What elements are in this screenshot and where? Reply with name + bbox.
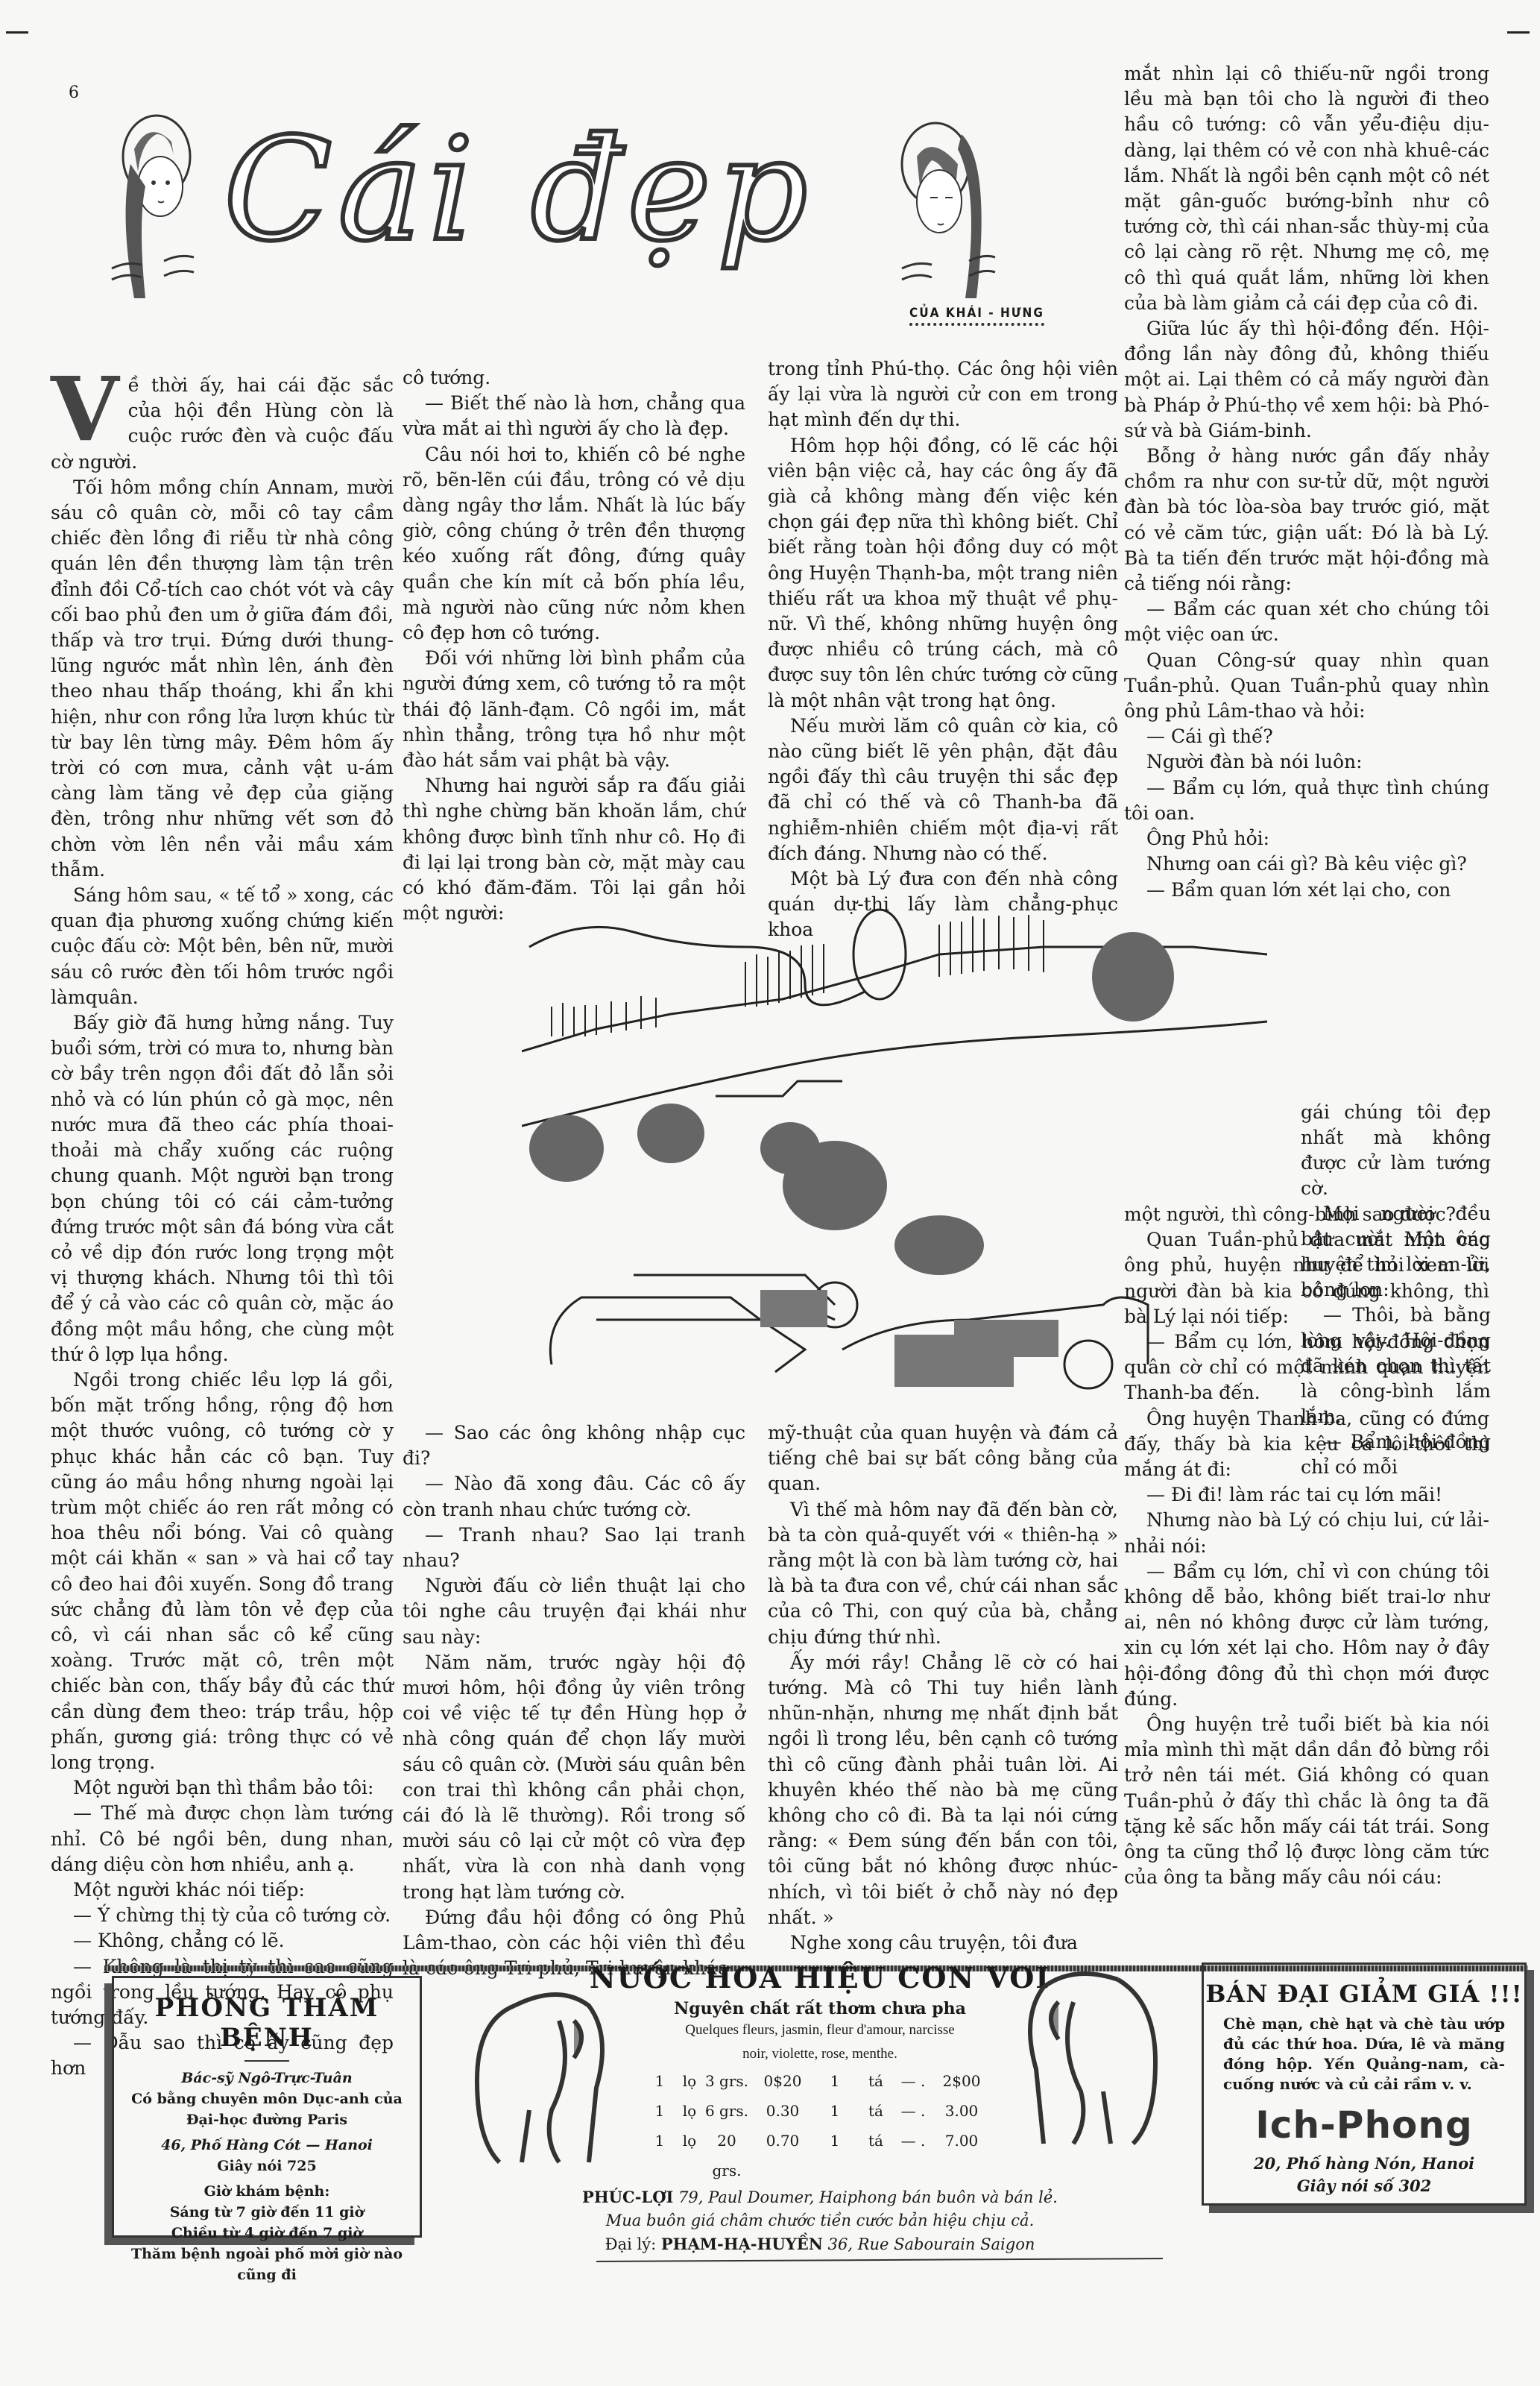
elephant-icon	[1014, 1957, 1163, 2151]
article-column-4-bottom: một người, thì công-bình sao được? Quan …	[1124, 1202, 1489, 1890]
dialogue: — Bẩm cụ lớn, hôm hội-đồng chọn quân cờ …	[1124, 1329, 1489, 1406]
price-cell: 1	[816, 2126, 853, 2185]
price-cell: 2$00	[928, 2066, 995, 2096]
perfume-seller: PHÚC-LỢI 79, Paul Doumer, Haiphong bán b…	[477, 2185, 1163, 2209]
paragraph: Câu nói hơi to, khiến cô bé nghe rõ, bẽn…	[403, 442, 745, 646]
paragraph: một người, thì công-bình sao được?	[1124, 1202, 1489, 1227]
clinic-hours-title: Giờ khám bệnh:	[114, 2181, 420, 2202]
clinic-advertisement: PHÒNG THĂM BỆNH Bác-sỹ Ngô-Trực-Tuân Có …	[112, 1976, 422, 2238]
price-cell: 0.30	[749, 2096, 816, 2126]
price-cell: 1	[816, 2096, 853, 2126]
paragraph: Quan Công-sứ quay nhìn quan Tuần-phủ. Qu…	[1124, 648, 1489, 725]
paragraph: mỹ-thuật của quan huyện và đám cả tiếng …	[768, 1420, 1118, 1497]
paragraph: Vì thế mà hôm nay đã đến bàn cờ, bà ta c…	[768, 1497, 1118, 1650]
bottom-rule	[596, 2258, 1163, 2262]
paragraph: Sáng hôm sau, « tế tổ » xong, các quan đ…	[51, 883, 394, 1010]
sale-ad-title: BÁN ĐẠI GIẢM GIÁ !!!	[1204, 1980, 1524, 2008]
paragraph: Một người bạn thì thầm bảo tôi:	[51, 1775, 394, 1801]
clinic-phone: Giây nói 725	[114, 2156, 420, 2176]
dialogue: — Bẩm cụ lớn, chỉ vì con chúng tôi không…	[1124, 1559, 1489, 1712]
price-cell: 1	[645, 2126, 675, 2185]
page-number: 6	[69, 84, 79, 102]
clinic-hours-morning: Sáng từ 7 giờ đến 11 giờ	[114, 2202, 420, 2223]
agent-label: Đại lý:	[605, 2235, 657, 2253]
price-cell: 1	[816, 2066, 853, 2096]
author-byline: CỦA KHÁI - HƯNG	[909, 306, 1044, 326]
price-cell: tá	[853, 2096, 898, 2126]
woman-face-right-illustration	[887, 119, 999, 313]
clinic-ad-separator	[244, 2060, 289, 2062]
paragraph: Nhưng nào bà Lý có chịu lui, cứ lải-nhải…	[1124, 1508, 1489, 1558]
perfume-wholesale-note: Mua buôn giá châm chước tiền cước bản hi…	[477, 2209, 1163, 2232]
paragraph: trong tỉnh Phú-thọ. Các ông hội viên ấy …	[768, 356, 1118, 433]
sale-advertisement: BÁN ĐẠI GIẢM GIÁ !!! Chè mạn, chè hạt và…	[1202, 1962, 1527, 2206]
seller-address: 79, Paul Doumer, Haiphong bán buôn và bá…	[678, 2188, 1058, 2206]
price-cell: — .	[898, 2066, 928, 2096]
article-column-3-bottom: mỹ-thuật của quan huyện và đám cả tiếng …	[768, 1420, 1118, 1956]
dialogue: — Tranh nhau? Sao lại tranh nhau?	[403, 1523, 745, 1573]
seller-name: PHÚC-LỢI	[582, 2188, 673, 2206]
price-cell: lọ	[675, 2096, 704, 2126]
article-column-2-bottom: — Sao các ông không nhập cục đi? — Nào đ…	[403, 1420, 745, 1981]
price-cell: 0$20	[749, 2066, 816, 2096]
paragraph: Người đấu cờ liền thuật lại cho tôi nghe…	[403, 1573, 745, 1650]
price-cell: — .	[898, 2096, 928, 2126]
sale-ad-address: 20, Phố hàng Nón, Hanoi	[1204, 2153, 1524, 2175]
paragraph: Hôm họp hội đồng, có lẽ các hội viên bận…	[768, 433, 1118, 714]
paragraph: Bỗng ở hàng nước gần đấy nhảy chồm ra nh…	[1124, 444, 1489, 596]
sale-ad-brand: Ich-Phong	[1204, 2103, 1524, 2147]
price-cell: 20 grs.	[704, 2126, 749, 2185]
paragraph: Đối với những lời bình phẩm của người đứ…	[403, 646, 745, 773]
paragraph: Ông huyện trẻ tuổi biết bà kia nói mỉa m…	[1124, 1712, 1489, 1890]
price-cell: 1	[645, 2066, 675, 2096]
sale-ad-body: Chè mạn, chè hạt và chè tàu ướp đủ các t…	[1204, 2014, 1524, 2094]
article-header: Cái đẹp	[75, 104, 1088, 328]
perfume-agent: Đại lý: PHẠM-HẠ-HUYỀN 36, Rue Sabourain …	[477, 2232, 1163, 2256]
agent-address: 36, Rue Sabourain Saigon	[828, 2235, 1035, 2253]
article-title: Cái đẹp	[224, 119, 814, 261]
dialogue: — Đi đi! làm rác tai cụ lớn mãi!	[1124, 1482, 1489, 1508]
clinic-hours-afternoon: Chiều từ 4 giờ đến 7 giờ	[114, 2223, 420, 2244]
article-column-2: cô tướng. — Biết thế nào là hơn, chẳng q…	[403, 365, 745, 926]
clinic-address: 46, Phố Hàng Cót — Hanoi	[114, 2135, 420, 2156]
dialogue: gái chúng tôi đẹp nhất mà không được cử …	[1301, 1100, 1491, 1201]
paragraph: Năm năm, trước ngày hội độ mươi hôm, hội…	[403, 1650, 745, 1905]
paragraph: mắt nhìn lại cô thiếu-nữ ngồi trong lều …	[1124, 61, 1489, 316]
paragraph: Tối hôm mồng chín Annam, mười sáu cô quâ…	[51, 475, 394, 883]
clinic-credential: Có bằng chuyên môn Dục-anh của	[114, 2088, 420, 2109]
dialogue: — Cái gì thế?	[1124, 724, 1489, 749]
clinic-house-calls: Thăm bệnh ngoài phố mời giờ nào cũng đi	[114, 2244, 420, 2285]
paragraph: Nếu mười lăm cô quân cờ kia, cô nào cũng…	[768, 714, 1118, 866]
price-cell: 3 grs.	[704, 2066, 749, 2096]
clinic-university: Đại-học đường Paris	[114, 2109, 420, 2130]
paragraph: Quan Tuần-phủ đưa mắt nhìn các ông phủ, …	[1124, 1227, 1489, 1329]
article-column-4: mắt nhìn lại cô thiếu-nữ ngồi trong lều …	[1124, 61, 1489, 903]
paragraph: Một người khác nói tiếp:	[51, 1877, 394, 1903]
paragraph: Ông huyện Thanh-ba, cũng có đứng đấy, th…	[1124, 1406, 1489, 1483]
price-cell: tá	[853, 2126, 898, 2185]
woman-face-left-illustration	[104, 104, 216, 298]
dialogue: Nhưng oan cái gì? Bà kêu việc gì?	[1124, 852, 1489, 877]
dialogue: — Nào đã xong đâu. Các cô ấy còn tranh n…	[403, 1471, 745, 1522]
price-cell: 1	[645, 2096, 675, 2126]
price-cell: 3.00	[928, 2096, 995, 2126]
clinic-doctor: Bác-sỹ Ngô-Trực-Tuân	[114, 2068, 420, 2088]
price-cell: — .	[898, 2126, 928, 2185]
price-cell: 0.70	[749, 2126, 816, 2185]
paragraph: cô tướng.	[403, 365, 745, 391]
paragraph: Ấy mới rầy! Chẳng lẽ cờ có hai tướng. Mà…	[768, 1650, 1118, 1930]
clinic-ad-title: PHÒNG THĂM BỆNH	[114, 1993, 420, 2053]
paragraph: Người đàn bà nói luôn:	[1124, 749, 1489, 775]
corner-rule-right	[1507, 31, 1530, 34]
dialogue: — Bẩm quan lớn xét lại cho, con	[1124, 878, 1489, 903]
agent-name: PHẠM-HẠ-HUYỀN	[661, 2235, 823, 2253]
dialogue: — Bẩm cụ lớn, quả thực tình chúng tôi oa…	[1124, 775, 1489, 826]
paragraph: Ngồi trong chiếc lều lợp lá gồi, bốn mặt…	[51, 1367, 394, 1775]
dialogue: — Bẩm các quan xét cho chúng tôi một việ…	[1124, 596, 1489, 647]
article-column-1: Về thời ấy, hai cái đặc sắc của hội đền …	[51, 373, 394, 2082]
sale-ad-phone: Giây nói số 302	[1204, 2175, 1524, 2197]
corner-rule-left	[6, 31, 28, 34]
paragraph: Ông Phủ hỏi:	[1124, 826, 1489, 852]
paragraph: Nghe xong câu truyện, tôi đưa	[768, 1930, 1118, 1956]
paragraph: Giữa lúc ấy thì hội-đồng đến. Hội-đồng l…	[1124, 316, 1489, 444]
dialogue: — Ý chừng thị tỳ của cô tướng cờ.	[51, 1903, 394, 1928]
price-cell: tá	[853, 2066, 898, 2096]
dialogue: — Thế mà được chọn làm tướng nhỉ. Cô bé …	[51, 1801, 394, 1877]
paragraph: Bấy giờ đã hưng hửng nắng. Tuy buổi sớm,…	[51, 1010, 394, 1367]
price-cell: 6 grs.	[704, 2096, 749, 2126]
dialogue: — Sao các ông không nhập cục đi?	[403, 1420, 745, 1471]
drop-cap: V	[51, 376, 119, 443]
dialogue: — Không, chẳng có lẽ.	[51, 1928, 394, 1954]
price-cell: lọ	[675, 2126, 704, 2185]
dialogue: — Biết thế nào là hơn, chẳng qua vừa mắt…	[403, 391, 745, 441]
article-column-3: trong tỉnh Phú-thọ. Các ông hội viên ấy …	[768, 356, 1118, 943]
price-cell: 7.00	[928, 2126, 995, 2185]
price-cell: lọ	[675, 2066, 704, 2096]
